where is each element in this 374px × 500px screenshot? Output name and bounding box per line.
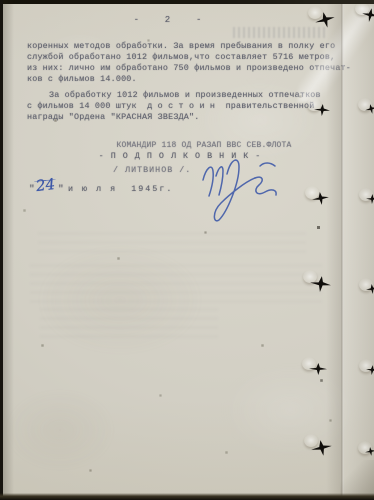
photo-edge-left-shadow <box>3 0 14 500</box>
bleedthrough-ghost <box>40 308 218 340</box>
paragraph-line: коренных методов обработки. За время пре… <box>27 41 335 52</box>
paragraph-line: с фильмов 14 000 штук д о с т о и н прав… <box>27 101 314 112</box>
page-crease-shadow <box>326 0 341 500</box>
handwritten-day: 24 <box>35 175 56 195</box>
photo-edge-bottom <box>0 493 374 500</box>
date-close-quote: " <box>58 183 64 194</box>
bleedthrough-ghost <box>30 264 322 304</box>
paragraph-line: За обработку 1012 фильмов и произведенны… <box>49 90 321 101</box>
paragraph-line: службой обработано 1012 фильмов,что сост… <box>27 52 335 63</box>
date-open-quote: " <box>29 183 35 194</box>
handwritten-signature <box>196 150 284 224</box>
paragraph-line: ков с фильмов 14.000. <box>27 74 137 85</box>
document-photo: - 2 - коренных методов обработки. За вре… <box>0 0 374 500</box>
document-page: - 2 - коренных методов обработки. За вре… <box>0 0 374 500</box>
date-month-year: и ю л я 1945г. <box>68 184 173 195</box>
photo-edge-top <box>0 0 374 4</box>
bleedthrough-ghost <box>38 232 306 258</box>
underlying-page-edge <box>344 0 374 500</box>
name-line: / ЛИТВИНОВ /. <box>113 165 191 176</box>
paragraph-line: награды "Ордена "КРАСНАЯ ЗВЕЗДА". <box>27 112 199 123</box>
page-number: - 2 - <box>0 15 340 26</box>
